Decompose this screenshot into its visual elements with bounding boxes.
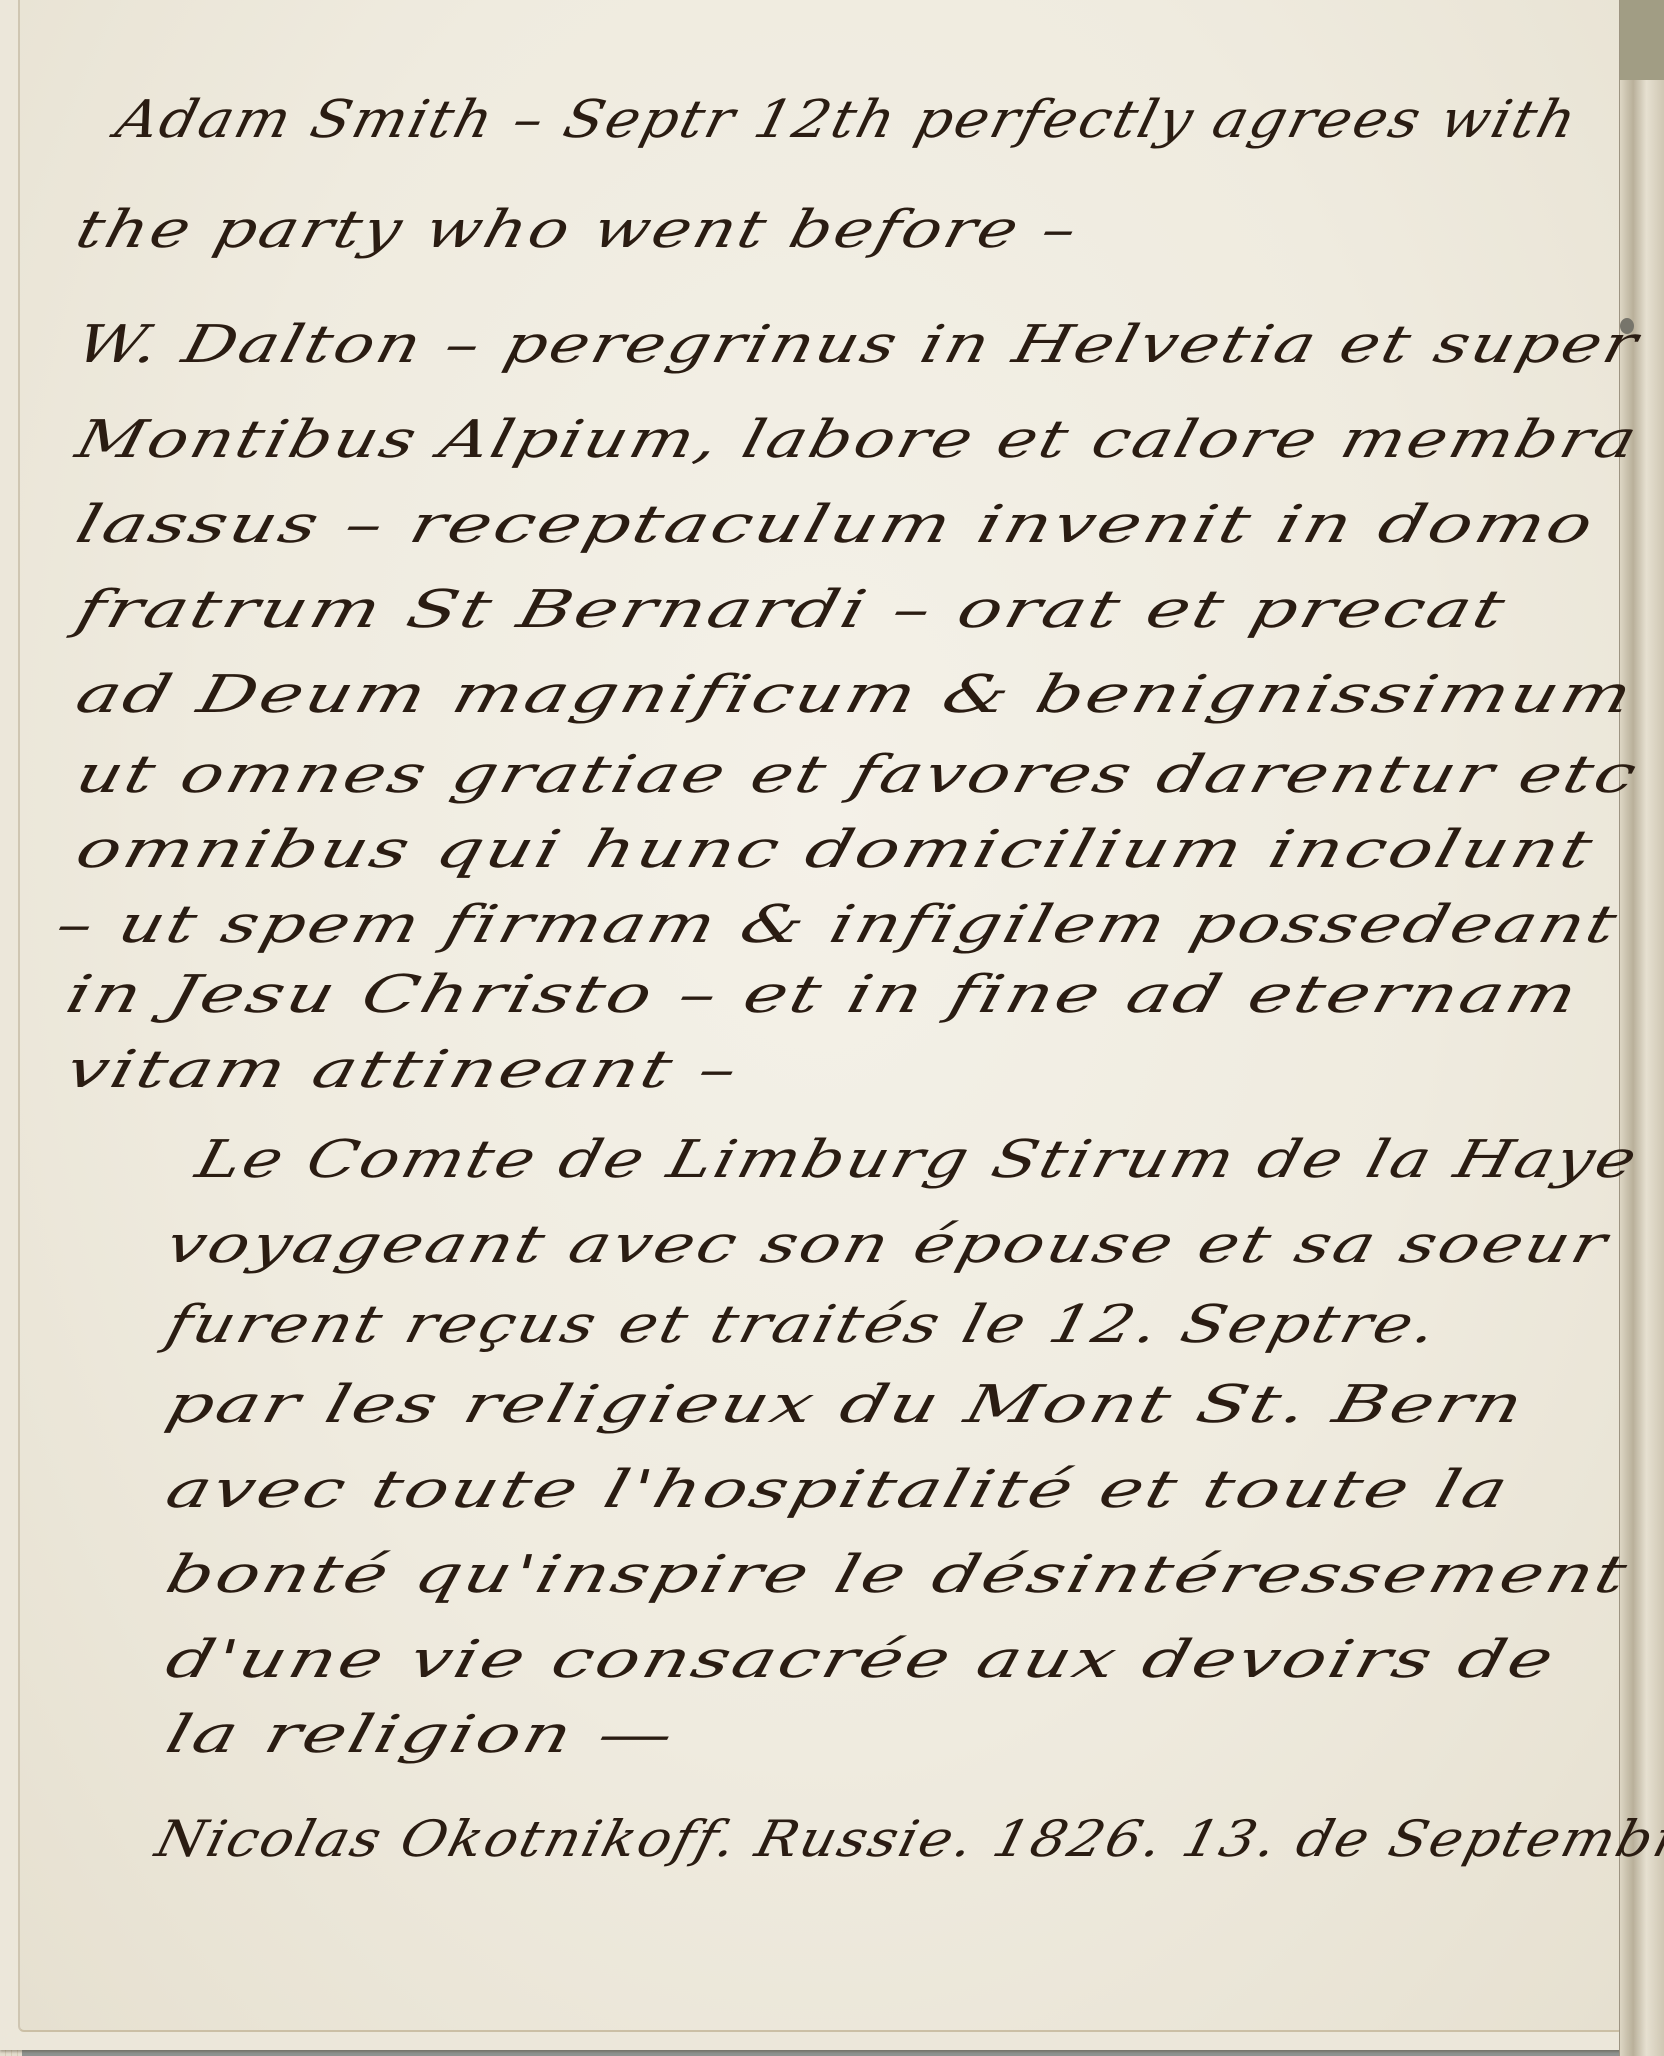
entry-adam-smith-line-1: Adam Smith – Septr 12th perfectly agrees…	[110, 90, 1584, 150]
entry-dalton-line-10: vitam attineant –	[60, 1040, 746, 1100]
entry-dalton-line-1: W. Dalton – peregrinus in Helvetia et su…	[70, 315, 1646, 375]
entry-dalton-line-7: omnibus qui hunc domicilium incolunt	[70, 820, 1601, 880]
entry-dalton-line-8: – ut spem firmam & infigilem possedeant	[50, 895, 1625, 955]
entry-limburg-line-8: la religion —	[160, 1705, 682, 1765]
entry-okotnikoff-signature: Nicolas Okotnikoff. Russie. 1826. 13. de…	[150, 1810, 1664, 1868]
entry-dalton-line-6: ut omnes gratiae et favores darentur etc	[70, 745, 1645, 805]
entry-dalton-line-9: in Jesu Christo – et in fine ad eternam	[60, 965, 1586, 1025]
binding-stain	[1620, 0, 1664, 80]
entry-limburg-line-4: par les religieux du Mont St. Bern	[160, 1375, 1531, 1435]
entry-dalton-line-2: Montibus Alpium, labore et calore membra	[70, 410, 1645, 470]
entry-limburg-line-2: voyageant avec son épouse et sa soeur	[160, 1215, 1615, 1275]
entry-limburg-line-7: d'une vie consacrée aux devoirs de	[160, 1630, 1562, 1690]
entry-adam-smith-line-2: the party who went before –	[70, 200, 1085, 260]
entry-limburg-line-3: furent reçus et traités le 12. Septre.	[160, 1295, 1445, 1355]
entry-limburg-line-6: bonté qu'inspire le désintéressement	[160, 1545, 1635, 1605]
entry-limburg-line-1: Le Comte de Limburg Stirum de la Haye	[190, 1130, 1645, 1190]
book-binding	[1619, 0, 1664, 2056]
entry-limburg-line-5: avec toute l'hospitalité et toute la	[160, 1460, 1516, 1520]
entry-dalton-line-5: ad Deum magnificum & benignissimum	[70, 665, 1641, 725]
entry-dalton-line-3: lassus – receptaculum invenit in domo	[70, 495, 1601, 555]
entry-dalton-line-4: fratrum St Bernardi – orat et precat	[70, 580, 1513, 640]
